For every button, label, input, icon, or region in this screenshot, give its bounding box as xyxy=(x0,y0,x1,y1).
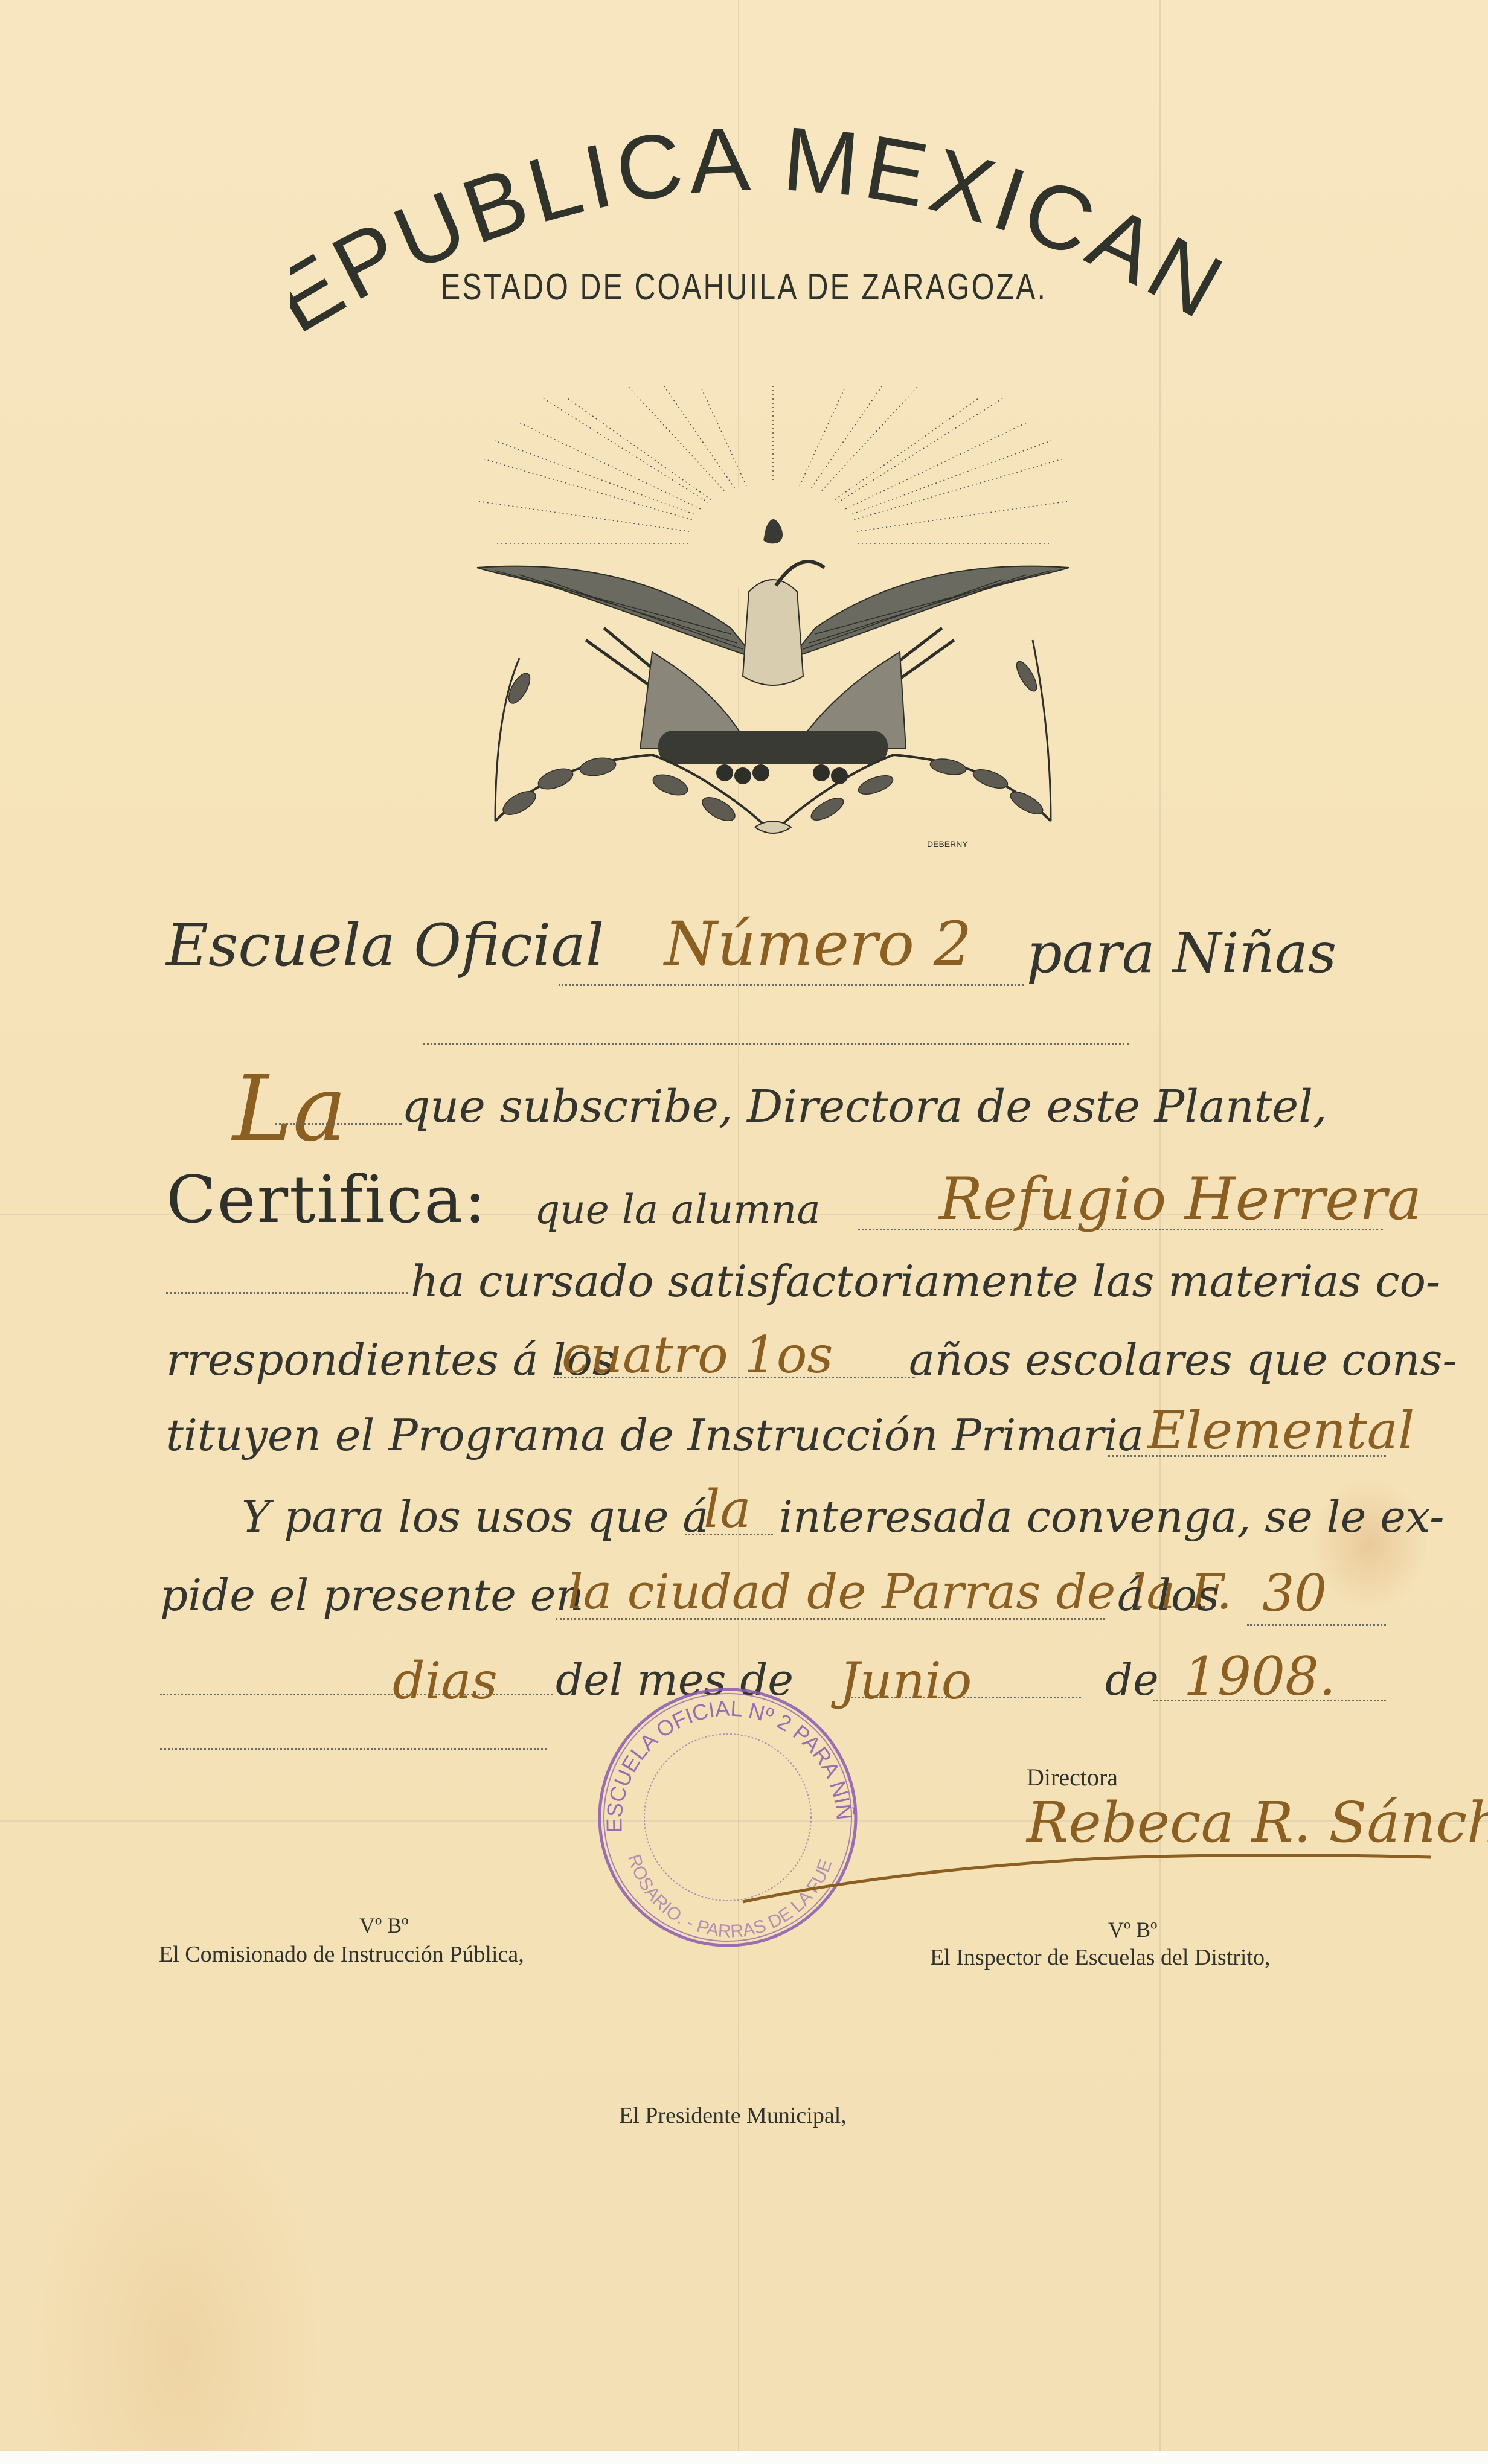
signature-flourish xyxy=(737,1842,1449,1908)
alumna-label: que la alumna xyxy=(534,1186,821,1233)
fill-line xyxy=(160,1748,547,1750)
year-label: de xyxy=(1105,1654,1159,1705)
usage-line-b: interesada convenga, se le ex- xyxy=(779,1491,1444,1542)
subscribe-line: que subscribe, Directora de este Plantel… xyxy=(402,1081,1327,1133)
school-suffix: para Niñas xyxy=(1027,921,1336,985)
handwritten-la: La xyxy=(232,1057,347,1162)
corresponding-line: rrespondientes á los xyxy=(166,1334,615,1385)
issued-line: pide el presente en xyxy=(160,1570,584,1621)
school-number-handwritten: Número 2 xyxy=(664,909,972,979)
inspector-title: El Inspector de Escuelas del Distrito, xyxy=(930,1944,1271,1971)
dias-handwritten: dias xyxy=(393,1651,498,1710)
school-label: Escuela Oficial xyxy=(166,912,604,979)
usage-line-a: Y para los usos que á xyxy=(242,1491,708,1542)
studied-line: ha cursado satisfactoriamente las materi… xyxy=(411,1256,1440,1307)
vobo-left: Vº Bº xyxy=(359,1913,408,1938)
certifica-heading: Certifica: xyxy=(166,1162,487,1238)
fill-line xyxy=(423,1043,1129,1045)
school-years-line: años escolares que cons- xyxy=(909,1334,1457,1385)
day-handwritten: 30 xyxy=(1262,1564,1327,1623)
fill-line xyxy=(559,984,1024,986)
eagle-emblem-icon xyxy=(471,386,1075,857)
engraver-signature: DEBERNY xyxy=(927,839,968,849)
program-line: tituyen el Programa de Instrucción Prima… xyxy=(166,1410,1144,1461)
scan-background xyxy=(0,2451,1488,2464)
year-handwritten: 1908. xyxy=(1184,1645,1336,1707)
fill-line xyxy=(1247,1624,1386,1626)
mayor-title: El Presidente Municipal, xyxy=(619,2102,847,2129)
fill-line xyxy=(166,1292,408,1294)
state-subtitle: ESTADO DE COAHUILA DE ZARAGOZA. xyxy=(164,266,1324,309)
fill-line xyxy=(275,1123,402,1125)
on-the-label: á los xyxy=(1117,1570,1219,1621)
years-handwritten: cuatro 1os xyxy=(562,1325,833,1384)
commissioner-title: El Comisionado de Instrucción Pública, xyxy=(159,1941,524,1968)
level-handwritten: Elemental xyxy=(1147,1401,1414,1461)
vobo-right: Vº Bº xyxy=(1108,1917,1157,1942)
handwritten-la-2: la xyxy=(704,1479,751,1540)
svg-text:ESCUELA OFICIAL Nº 2 PARA NIÑA: ESCUELA OFICIAL Nº 2 PARA NIÑAS - xyxy=(586,1675,857,1833)
student-name-handwritten: Refugio Herrera xyxy=(939,1165,1422,1233)
director-label: Directora xyxy=(1027,1763,1118,1791)
